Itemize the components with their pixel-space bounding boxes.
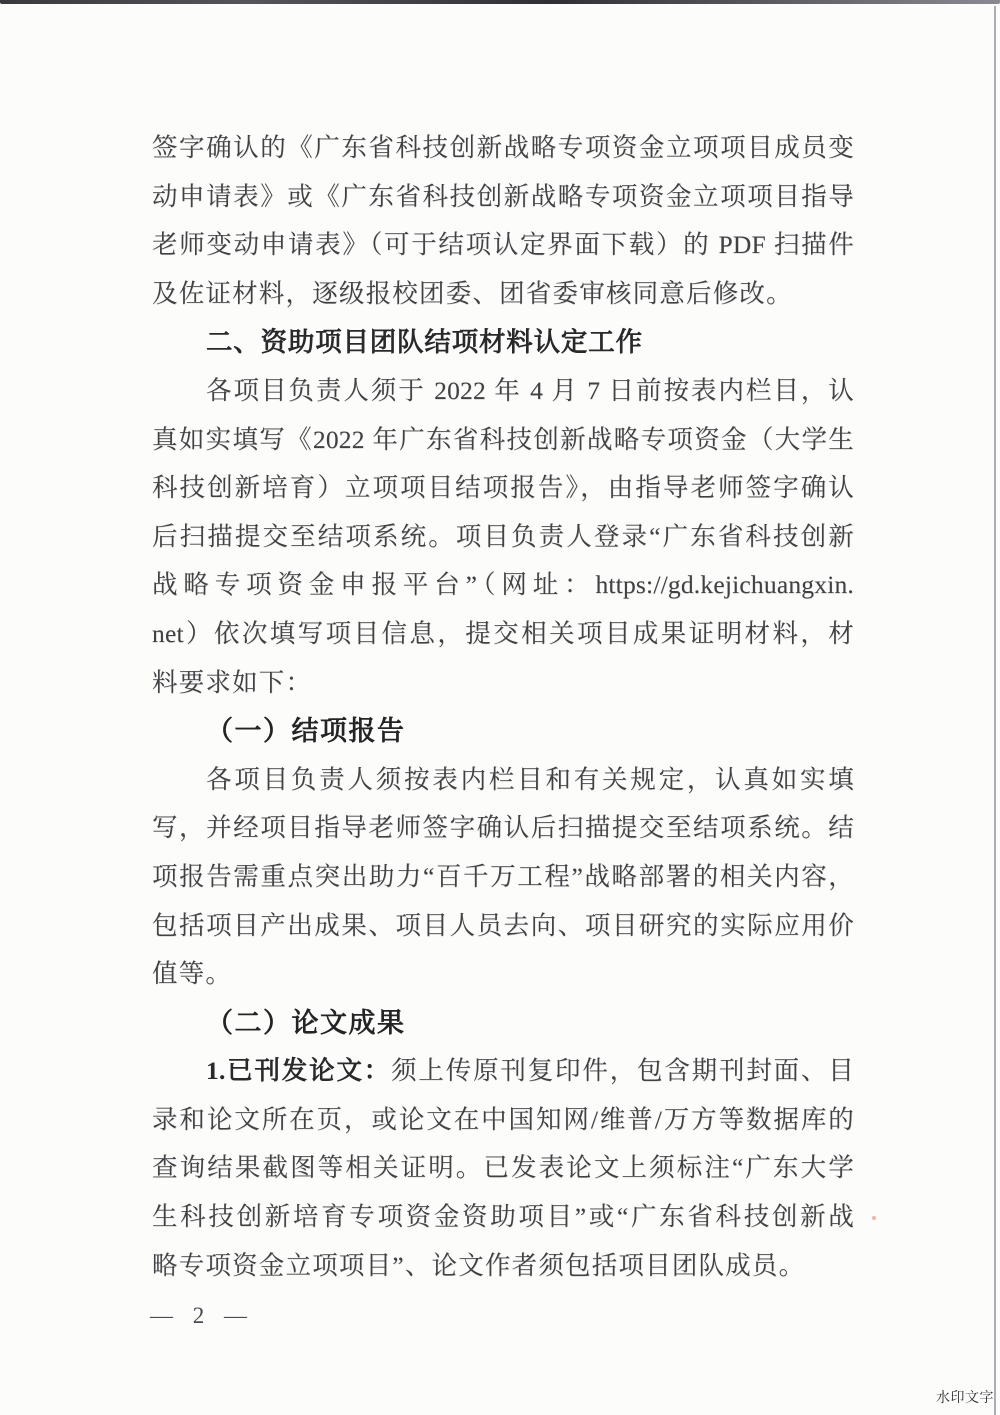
line-text: 各项目负责人须于 2022 年 4 月 7 日前按表内栏目，认 xyxy=(206,376,854,405)
line-text: 生科技创新培育专项资金资助项目”或“广东省科技创新战 xyxy=(152,1202,854,1231)
text-line: 录和论文所在页，或论文在中国知网/维普/万方等数据库的 xyxy=(152,1096,854,1145)
text-line: 真如实填写《2022 年广东省科技创新战略专项资金（大学生 xyxy=(152,416,854,465)
text-line: 生科技创新培育专项资金资助项目”或“广东省科技创新战 xyxy=(152,1193,854,1242)
text-line: 略专项资金立项项目”、论文作者须包括项目团队成员。 xyxy=(152,1242,854,1291)
line-text: 后扫描提交至结项系统。项目负责人登录“广东省科技创新 xyxy=(152,522,854,551)
line-text: 真如实填写《2022 年广东省科技创新战略专项资金（大学生 xyxy=(152,425,854,454)
text-line: 老师变动申请表》（可于结项认定界面下载）的 PDF 扫描件 xyxy=(152,221,854,270)
text-line: 科技创新培育）立项项目结项报告》，由指导老师签字确认 xyxy=(152,464,854,513)
line-text: 老师变动申请表》（可于结项认定界面下载）的 PDF 扫描件 xyxy=(152,230,854,259)
text-line: 签字确认的《广东省科技创新战略专项资金立项项目成员变 xyxy=(152,124,854,173)
line-text: 各项目负责人须按表内栏目和有关规定，认真如实填 xyxy=(206,765,854,794)
text-line: 料要求如下： xyxy=(152,659,854,708)
line-text: 查询结果截图等相关证明。已发表论文上须标注“广东大学 xyxy=(152,1153,854,1182)
line-text: net）依次填写项目信息，提交相关项目成果证明材料，材 xyxy=(152,619,854,648)
text-line: （二）论文成果 xyxy=(152,999,854,1048)
scan-speck-artifact xyxy=(872,1216,876,1220)
line-text: 二、资助项目团队结项材料认定工作 xyxy=(206,327,643,357)
text-line: 及佐证材料，逐级报校团委、团省委审核同意后修改。 xyxy=(152,270,854,319)
line-bold-prefix: 1.已刊发论文： xyxy=(206,1056,391,1085)
line-text: 动申请表》或《广东省科技创新战略专项资金立项项目指导 xyxy=(152,182,854,211)
document-page: 签字确认的《广东省科技创新战略专项资金立项项目成员变动申请表》或《广东省科技创新… xyxy=(0,0,1000,1415)
text-line: 二、资助项目团队结项材料认定工作 xyxy=(152,318,854,367)
watermark-text: 水印文字 xyxy=(936,1387,994,1407)
text-line: 各项目负责人须于 2022 年 4 月 7 日前按表内栏目，认 xyxy=(152,367,854,416)
page-number: — 2 — xyxy=(150,1303,254,1329)
text-line: 项报告需重点突出助力“百千万工程”战略部署的相关内容， xyxy=(152,853,854,902)
scan-edge-right-artifact xyxy=(994,6,996,1415)
line-text: 须上传原刊复印件，包含期刊封面、目 xyxy=(391,1056,854,1085)
text-line: 后扫描提交至结项系统。项目负责人登录“广东省科技创新 xyxy=(152,513,854,562)
line-text: 值等。 xyxy=(152,959,232,988)
line-text: 包括项目产出成果、项目人员去向、项目研究的实际应用价 xyxy=(152,911,854,940)
line-text: 科技创新培育）立项项目结项报告》，由指导老师签字确认 xyxy=(152,473,854,502)
line-text: 签字确认的《广东省科技创新战略专项资金立项项目成员变 xyxy=(152,133,854,162)
text-line: 各项目负责人须按表内栏目和有关规定，认真如实填 xyxy=(152,756,854,805)
text-line: 包括项目产出成果、项目人员去向、项目研究的实际应用价 xyxy=(152,902,854,951)
line-text: 写，并经项目指导老师签字确认后扫描提交至结项系统。结 xyxy=(152,813,854,842)
text-line: 动申请表》或《广东省科技创新战略专项资金立项项目指导 xyxy=(152,173,854,222)
scan-edge-top-artifact xyxy=(0,0,1000,4)
text-line: net）依次填写项目信息，提交相关项目成果证明材料，材 xyxy=(152,610,854,659)
text-line: （一）结项报告 xyxy=(152,707,854,756)
line-text: 战略专项资金申报平台”（网址：https://gd.kejichuangxin. xyxy=(152,570,854,599)
text-line: 值等。 xyxy=(152,950,854,999)
text-line: 写，并经项目指导老师签字确认后扫描提交至结项系统。结 xyxy=(152,804,854,853)
line-text: 料要求如下： xyxy=(152,668,312,697)
line-text: 录和论文所在页，或论文在中国知网/维普/万方等数据库的 xyxy=(152,1105,854,1134)
line-text: 项报告需重点突出助力“百千万工程”战略部署的相关内容， xyxy=(152,862,854,891)
line-text: （一）结项报告 xyxy=(206,716,406,746)
document-body: 签字确认的《广东省科技创新战略专项资金立项项目成员变动申请表》或《广东省科技创新… xyxy=(152,124,854,1290)
line-text: 略专项资金立项项目”、论文作者须包括项目团队成员。 xyxy=(152,1251,805,1280)
text-line: 战略专项资金申报平台”（网址：https://gd.kejichuangxin. xyxy=(152,561,854,610)
line-text: （二）论文成果 xyxy=(206,1008,406,1038)
line-text: 及佐证材料，逐级报校团委、团省委审核同意后修改。 xyxy=(152,279,793,308)
text-line: 1.已刊发论文：须上传原刊复印件，包含期刊封面、目 xyxy=(152,1047,854,1096)
text-line: 查询结果截图等相关证明。已发表论文上须标注“广东大学 xyxy=(152,1144,854,1193)
